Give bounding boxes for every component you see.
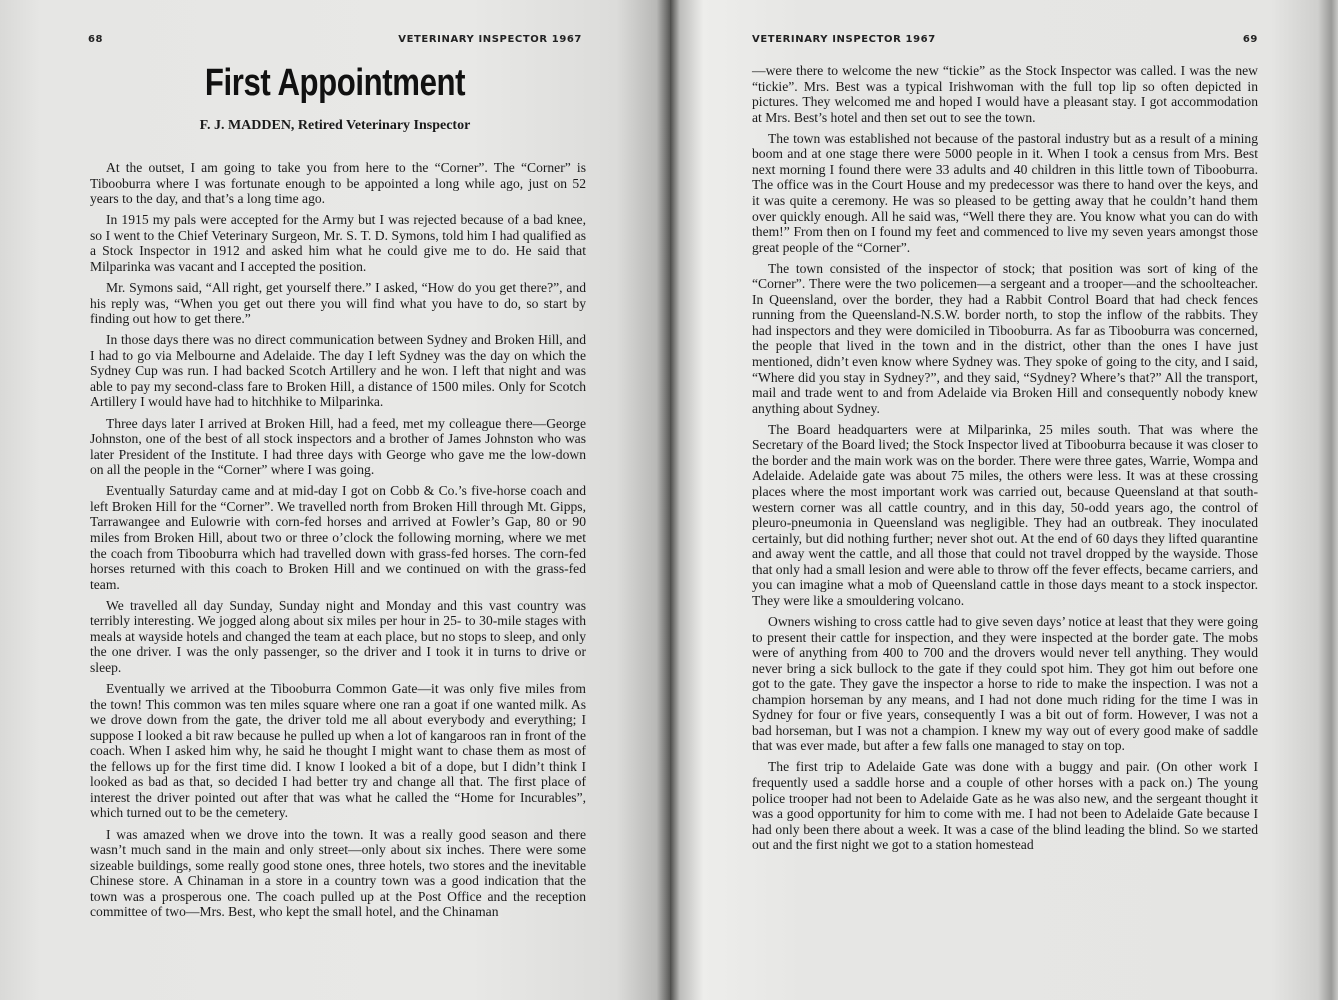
paragraph: Eventually Saturday came and at mid-day …	[90, 483, 586, 592]
body-text: —were there to welcome the new “tickie” …	[752, 63, 1258, 858]
paragraph: In those days there was no direct commun…	[90, 332, 586, 410]
page-number: 68	[88, 34, 103, 45]
running-head: VETERINARY INSPECTOR 1967	[752, 34, 936, 45]
continued-paragraph: —were there to welcome the new “tickie” …	[752, 63, 1258, 125]
paragraph: The town was established not because of …	[752, 131, 1258, 255]
paragraph: The town consisted of the inspector of s…	[752, 261, 1258, 416]
byline: F. J. MADDEN, Retired Veterinary Inspect…	[0, 118, 670, 134]
book-spread: 68 VETERINARY INSPECTOR 1967 First Appoi…	[0, 0, 1338, 1000]
paragraph: Mr. Symons said, “All right, get yoursel…	[90, 280, 586, 327]
paragraph: In 1915 my pals were accepted for the Ar…	[90, 212, 586, 274]
paragraph: At the outset, I am going to take you fr…	[90, 160, 586, 207]
paragraph: I was amazed when we drove into the town…	[90, 827, 586, 920]
paragraph: Three days later I arrived at Broken Hil…	[90, 416, 586, 478]
paragraph: Owners wishing to cross cattle had to gi…	[752, 614, 1258, 754]
article-title: First Appointment	[60, 62, 609, 105]
body-text: At the outset, I am going to take you fr…	[90, 160, 586, 926]
left-page: 68 VETERINARY INSPECTOR 1967 First Appoi…	[0, 0, 670, 1000]
right-page: VETERINARY INSPECTOR 1967 69 —were there…	[670, 0, 1338, 1000]
paragraph: The Board headquarters were at Milparink…	[752, 422, 1258, 609]
paragraph: Eventually we arrived at the Tibooburra …	[90, 681, 586, 821]
paragraph: The first trip to Adelaide Gate was done…	[752, 759, 1258, 852]
page-number: 69	[1243, 34, 1258, 45]
running-head: VETERINARY INSPECTOR 1967	[398, 34, 582, 45]
paragraph: We travelled all day Sunday, Sunday nigh…	[90, 598, 586, 676]
